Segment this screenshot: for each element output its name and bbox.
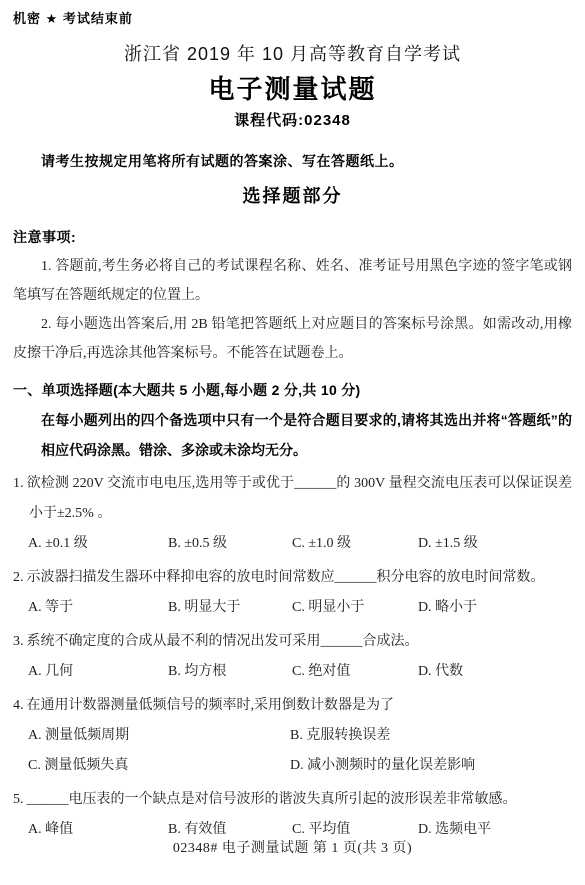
exam-session-title: 浙江省 2019 年 10 月高等教育自学考试 (13, 40, 572, 66)
exam-paper-page: 机密 ★ 考试结束前 浙江省 2019 年 10 月高等教育自学考试 电子测量试… (0, 0, 585, 885)
section-one-instructions: 在每小题列出的四个备选项中只有一个是符合题目要求的,请将其选出并将“答题纸”的相… (13, 405, 572, 465)
option-c: C. 明显小于 (292, 593, 418, 623)
question-body: 欲检测 220V 交流市电电压,选用等于或优于______的 300V 量程交流… (27, 476, 573, 521)
options-row: A. ±0.1 级 B. ±0.5 级 C. ±1.0 级 D. ±1.5 级 (13, 529, 572, 559)
option-b: B. ±0.5 级 (168, 529, 292, 559)
question-text: 4.在通用计数器测量低频信号的频率时,采用倒数计数器是为了 (13, 691, 572, 721)
question-2: 2.示波器扫描发生器环中释抑电容的放电时间常数应______积分电容的放电时间常… (13, 563, 572, 623)
option-a: A. 几何 (28, 657, 168, 687)
question-number: 4. (13, 698, 27, 713)
notes-heading: 注意事项: (13, 223, 572, 252)
options-row: A. 几何 B. 均方根 C. 绝对值 D. 代数 (13, 657, 572, 687)
option-b: B. 明显大于 (168, 593, 292, 623)
question-text: 5.______电压表的一个缺点是对信号波形的谐波失真所引起的波形误差非常敏感。 (13, 785, 572, 815)
section-one-heading: 一、单项选择题(本大题共 5 小题,每小题 2 分,共 10 分) (13, 375, 572, 405)
question-3: 3.系统不确定度的合成从最不利的情况出发可采用______合成法。 A. 几何 … (13, 627, 572, 687)
question-number: 3. (13, 634, 27, 649)
question-body: 在通用计数器测量低频信号的频率时,采用倒数计数器是为了 (27, 698, 395, 713)
question-number: 1. (13, 476, 27, 491)
question-body: 示波器扫描发生器环中释抑电容的放电时间常数应______积分电容的放电时间常数。 (27, 570, 545, 585)
option-a: A. 测量低频周期 (28, 721, 290, 751)
question-number: 2. (13, 570, 27, 585)
option-a: A. 等于 (28, 593, 168, 623)
questions-block: 1.欲检测 220V 交流市电电压,选用等于或优于______的 300V 量程… (13, 469, 572, 845)
option-c: C. 绝对值 (292, 657, 418, 687)
option-d: D. 略小于 (418, 593, 572, 623)
options-grid: A. 测量低频周期 B. 克服转换误差 C. 测量低频失真 D. 减小测频时的量… (13, 721, 572, 781)
option-a: A. ±0.1 级 (28, 529, 168, 559)
notes-block: 注意事项: 1. 答题前,考生务必将自己的考试课程名称、姓名、准考证号用黑色字迹… (13, 223, 572, 368)
paper-title: 电子测量试题 (13, 69, 572, 106)
question-1: 1.欲检测 220V 交流市电电压,选用等于或优于______的 300V 量程… (13, 469, 572, 559)
option-b: B. 克服转换误差 (290, 721, 572, 751)
answer-sheet-instruction: 请考生按规定用笔将所有试题的答案涂、写在答题纸上。 (13, 151, 572, 171)
question-text: 3.系统不确定度的合成从最不利的情况出发可采用______合成法。 (13, 627, 572, 657)
option-c: C. ±1.0 级 (292, 529, 418, 559)
question-body: ______电压表的一个缺点是对信号波形的谐波失真所引起的波形误差非常敏感。 (27, 792, 517, 807)
option-c: C. 测量低频失真 (28, 751, 290, 781)
note-item-2: 2. 每小题选出答案后,用 2B 铅笔把答题纸上对应题目的答案标号涂黑。如需改动… (13, 310, 572, 368)
section-one-block: 一、单项选择题(本大题共 5 小题,每小题 2 分,共 10 分) 在每小题列出… (13, 375, 572, 465)
options-row: A. 等于 B. 明显大于 C. 明显小于 D. 略小于 (13, 593, 572, 623)
note-item-1: 1. 答题前,考生务必将自己的考试课程名称、姓名、准考证号用黑色字迹的签字笔或钢… (13, 252, 572, 310)
option-d: D. ±1.5 级 (418, 529, 572, 559)
question-number: 5. (13, 792, 27, 807)
option-d: D. 代数 (418, 657, 572, 687)
question-body: 系统不确定度的合成从最不利的情况出发可采用______合成法。 (27, 634, 419, 649)
section-heading-choice: 选择题部分 (13, 182, 572, 208)
course-code: 课程代码:02348 (13, 109, 572, 130)
page-footer: 02348# 电子测量试题 第 1 页(共 3 页) (0, 837, 585, 857)
question-text: 2.示波器扫描发生器环中释抑电容的放电时间常数应______积分电容的放电时间常… (13, 563, 572, 593)
question-5: 5.______电压表的一个缺点是对信号波形的谐波失真所引起的波形误差非常敏感。… (13, 785, 572, 845)
question-text: 1.欲检测 220V 交流市电电压,选用等于或优于______的 300V 量程… (13, 469, 572, 529)
option-d: D. 减小测频时的量化误差影响 (290, 751, 572, 781)
classification-banner: 机密 ★ 考试结束前 (13, 8, 572, 27)
question-4: 4.在通用计数器测量低频信号的频率时,采用倒数计数器是为了 A. 测量低频周期 … (13, 691, 572, 781)
option-b: B. 均方根 (168, 657, 292, 687)
